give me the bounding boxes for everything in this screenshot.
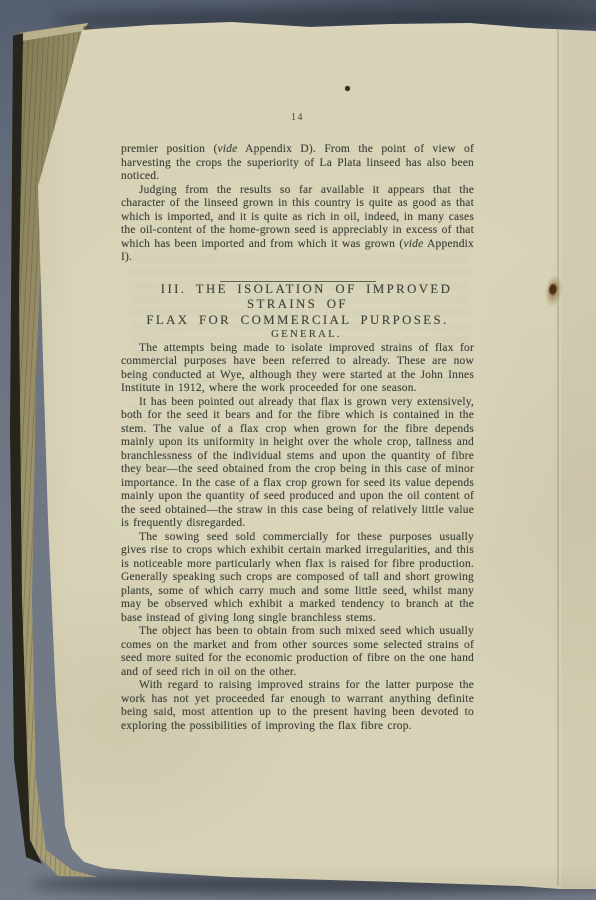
- paragraph-3: The attempts being made to isolate impro…: [121, 342, 474, 396]
- paragraph-2: Judging from the results so far availabl…: [121, 184, 474, 265]
- paragraph-2-italic: vide: [403, 238, 423, 250]
- section-heading-line1: III. THE ISOLATION OF IMPROVED STRAINS O…: [161, 282, 452, 312]
- page-number: 14: [121, 112, 474, 123]
- paragraph-1: premier position (vide Appendix D). From…: [121, 143, 474, 184]
- ink-dot: [345, 86, 350, 91]
- paragraph-1-italic: vide: [217, 143, 237, 155]
- section-heading-line2: FLAX FOR COMMERCIAL PURPOSES.: [146, 313, 448, 327]
- paragraph-1-pre: premier position (: [121, 143, 217, 155]
- paragraph-4: It has been pointed out already that fla…: [121, 396, 474, 531]
- body-text: premier position (vide Appendix D). From…: [121, 143, 474, 733]
- subsection-heading: GENERAL.: [121, 328, 474, 342]
- paragraph-6: The object has been to obtain from such …: [121, 625, 474, 679]
- paragraph-5: The sowing seed sold commercially for th…: [121, 531, 474, 626]
- section-heading: III. THE ISOLATION OF IMPROVED STRAINS O…: [121, 282, 474, 329]
- paragraph-7: With regard to raising improved strains …: [121, 679, 474, 733]
- book-photo: 14 premier position (vide Appendix D). F…: [0, 0, 596, 900]
